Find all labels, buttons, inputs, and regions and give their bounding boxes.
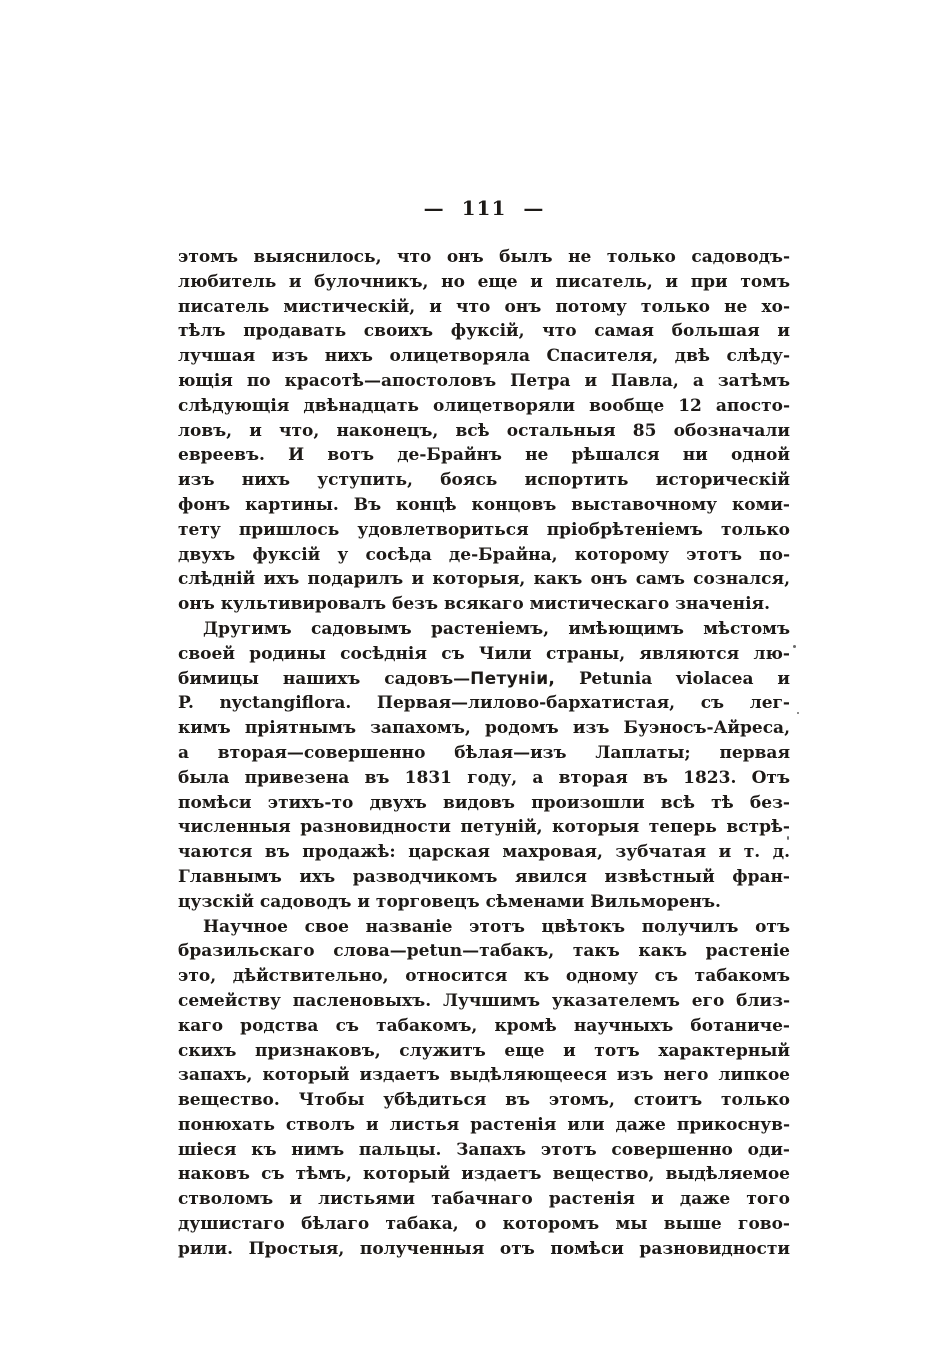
text-line: ловъ, и что, наконецъ, всѣ остальныя 85 …: [178, 419, 790, 444]
text-line: евреевъ. И вотъ де-Брайнъ не рѣшался ни …: [178, 443, 790, 468]
text-line: фонъ картины. Въ концѣ концовъ выставочн…: [178, 493, 790, 518]
book-page: — 111 — этомъ выяснилось, что онъ былъ н…: [0, 0, 951, 1359]
emphasized-plant-name: Петуніи,: [470, 669, 555, 689]
text-line: стволомъ и листьями табачнаго растенія и…: [178, 1187, 790, 1212]
text-line: бимицы нашихъ садовъ—Петуніи, Petunia vi…: [178, 667, 790, 692]
text-line: слѣдующія двѣнадцать олицетворяли вообще…: [178, 394, 790, 419]
scan-speck: [797, 712, 799, 714]
text-line: численныя разновидности петуній, которыя…: [178, 815, 790, 840]
text-line: а вторая—совершенно бѣлая—изъ Лаплаты; п…: [178, 741, 790, 766]
text-line: Научное свое названіе этотъ цвѣтокъ полу…: [178, 915, 790, 940]
text-line: Другимъ садовымъ растеніемъ, имѣющимъ мѣ…: [178, 617, 790, 642]
text-line: это, дѣйствительно, относится къ одному …: [178, 964, 790, 989]
text-line: тету пришлось удовлетвориться пріобрѣтен…: [178, 518, 790, 543]
page-number: — 111 —: [178, 196, 790, 220]
text-line: P. nyctangiflora. Первая—лилово-бархатис…: [178, 691, 790, 716]
text-line: писатель мистическій, и что онъ потому т…: [178, 295, 790, 320]
text-line: запахъ, который издаетъ выдѣляющееся изъ…: [178, 1063, 790, 1088]
text-run: бимицы нашихъ садовъ—: [178, 669, 470, 689]
text-line: шіеся къ нимъ пальцы. Запахъ этотъ совер…: [178, 1138, 790, 1163]
text-line: наковъ съ тѣмъ, который издаетъ вещество…: [178, 1162, 790, 1187]
text-line: ющія по красотѣ—апостоловъ Петра и Павла…: [178, 369, 790, 394]
text-line: изъ нихъ уступить, боясь испортить истор…: [178, 468, 790, 493]
text-line: лучшая изъ нихъ олицетворяла Спасителя, …: [178, 344, 790, 369]
text-line: вещество. Чтобы убѣдиться въ этомъ, стои…: [178, 1088, 790, 1113]
text-line: скихъ признаковъ, служитъ еще и тотъ хар…: [178, 1039, 790, 1064]
text-line: Главнымъ ихъ разводчикомъ явился извѣстн…: [178, 865, 790, 890]
scan-speck: [787, 836, 789, 840]
page-text: этомъ выяснилось, что онъ былъ не только…: [178, 245, 790, 1262]
text-line: чаются въ продажѣ: царская махровая, зуб…: [178, 840, 790, 865]
paragraph: этомъ выяснилось, что онъ былъ не только…: [178, 245, 790, 617]
text-line: бразильскаго слова—petun—табакъ, такъ ка…: [178, 939, 790, 964]
text-line: двухъ фуксій у сосѣда де-Брайна, котором…: [178, 543, 790, 568]
text-line: цузскій садоводъ и торговецъ сѣменами Ви…: [178, 890, 790, 915]
text-line: семейству пасленовыхъ. Лучшимъ указателе…: [178, 989, 790, 1014]
text-line: каго родства съ табакомъ, кромѣ научныхъ…: [178, 1014, 790, 1039]
text-line: своей родины сосѣднія съ Чили страны, яв…: [178, 642, 790, 667]
text-line: была привезена въ 1831 году, а вторая въ…: [178, 766, 790, 791]
paragraph: Научное свое названіе этотъ цвѣтокъ полу…: [178, 915, 790, 1262]
text-line: этомъ выяснилось, что онъ былъ не только…: [178, 245, 790, 270]
text-line: онъ культивировалъ безъ всякаго мистичес…: [178, 592, 790, 617]
text-line: любитель и булочникъ, но еще и писатель,…: [178, 270, 790, 295]
text-line: слѣдній ихъ подарилъ и которыя, какъ онъ…: [178, 567, 790, 592]
text-run: Petunia violacea и: [555, 669, 790, 689]
text-line: тѣлъ продавать своихъ фуксій, что самая …: [178, 319, 790, 344]
paragraph: Другимъ садовымъ растеніемъ, имѣющимъ мѣ…: [178, 617, 790, 915]
scan-speck: [793, 645, 796, 648]
text-line: душистаго бѣлаго табака, о которомъ мы в…: [178, 1212, 790, 1237]
text-line: кимъ пріятнымъ запахомъ, родомъ изъ Буэн…: [178, 716, 790, 741]
text-line: понюхать стволъ и листья растенія или да…: [178, 1113, 790, 1138]
text-line: рили. Простыя, полученныя отъ помѣси раз…: [178, 1237, 790, 1262]
text-line: помѣси этихъ-то двухъ видовъ произошли в…: [178, 791, 790, 816]
